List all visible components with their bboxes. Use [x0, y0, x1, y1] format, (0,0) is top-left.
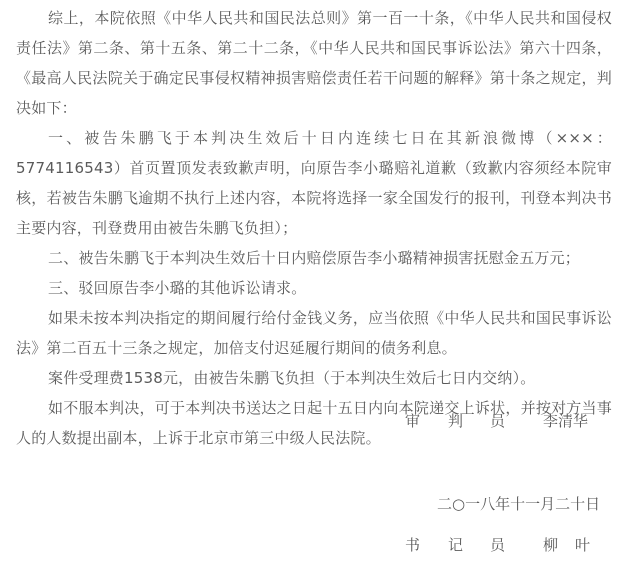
- paragraph-late-payment: 如果未按本判决指定的期间履行给付金钱义务，应当依照《中华人民共和国民事诉讼法》第…: [16, 303, 612, 363]
- paragraph-ruling-2: 二、被告朱鹏飞于本判决生效后十日内赔偿原告李小璐精神损害抚慰金五万元；: [16, 243, 612, 273]
- judgment-body: 综上，本院依照《中华人民共和国民法总则》第一百一十条，《中华人民共和国侵权责任法…: [16, 3, 612, 453]
- paragraph-appeal: 如不服本判决，可于本判决书送达之日起十五日内向本院递交上诉状，并按对方当事人的人…: [16, 393, 612, 453]
- judge-title-char: 员: [490, 411, 505, 431]
- clerk-name-char: 柳: [543, 535, 558, 555]
- paragraph-ruling-3: 三、驳回原告李小璐的其他诉讼请求。: [16, 273, 612, 303]
- paragraph-ruling-1: 一、被告朱鹏飞于本判决生效后十日内连续七日在其新浪微博（×××：57741165…: [16, 123, 612, 243]
- judge-name: 李清华: [543, 411, 588, 431]
- clerk-title-char: 记: [448, 535, 463, 555]
- paragraph-case-fee: 案件受理费1538元，由被告朱鹏飞负担（于本判决生效后七日内交纳）。: [16, 363, 612, 393]
- judge-title-char: 判: [448, 411, 463, 431]
- clerk-name-char: 叶: [575, 535, 590, 555]
- paragraph-legal-basis: 综上，本院依照《中华人民共和国民法总则》第一百一十条，《中华人民共和国侵权责任法…: [16, 3, 612, 123]
- clerk-title-char: 员: [490, 535, 505, 555]
- date-text: 二○一八年十一月二十日: [437, 494, 600, 514]
- clerk-title-char: 书: [405, 535, 420, 555]
- judge-title-char: 审: [405, 411, 420, 431]
